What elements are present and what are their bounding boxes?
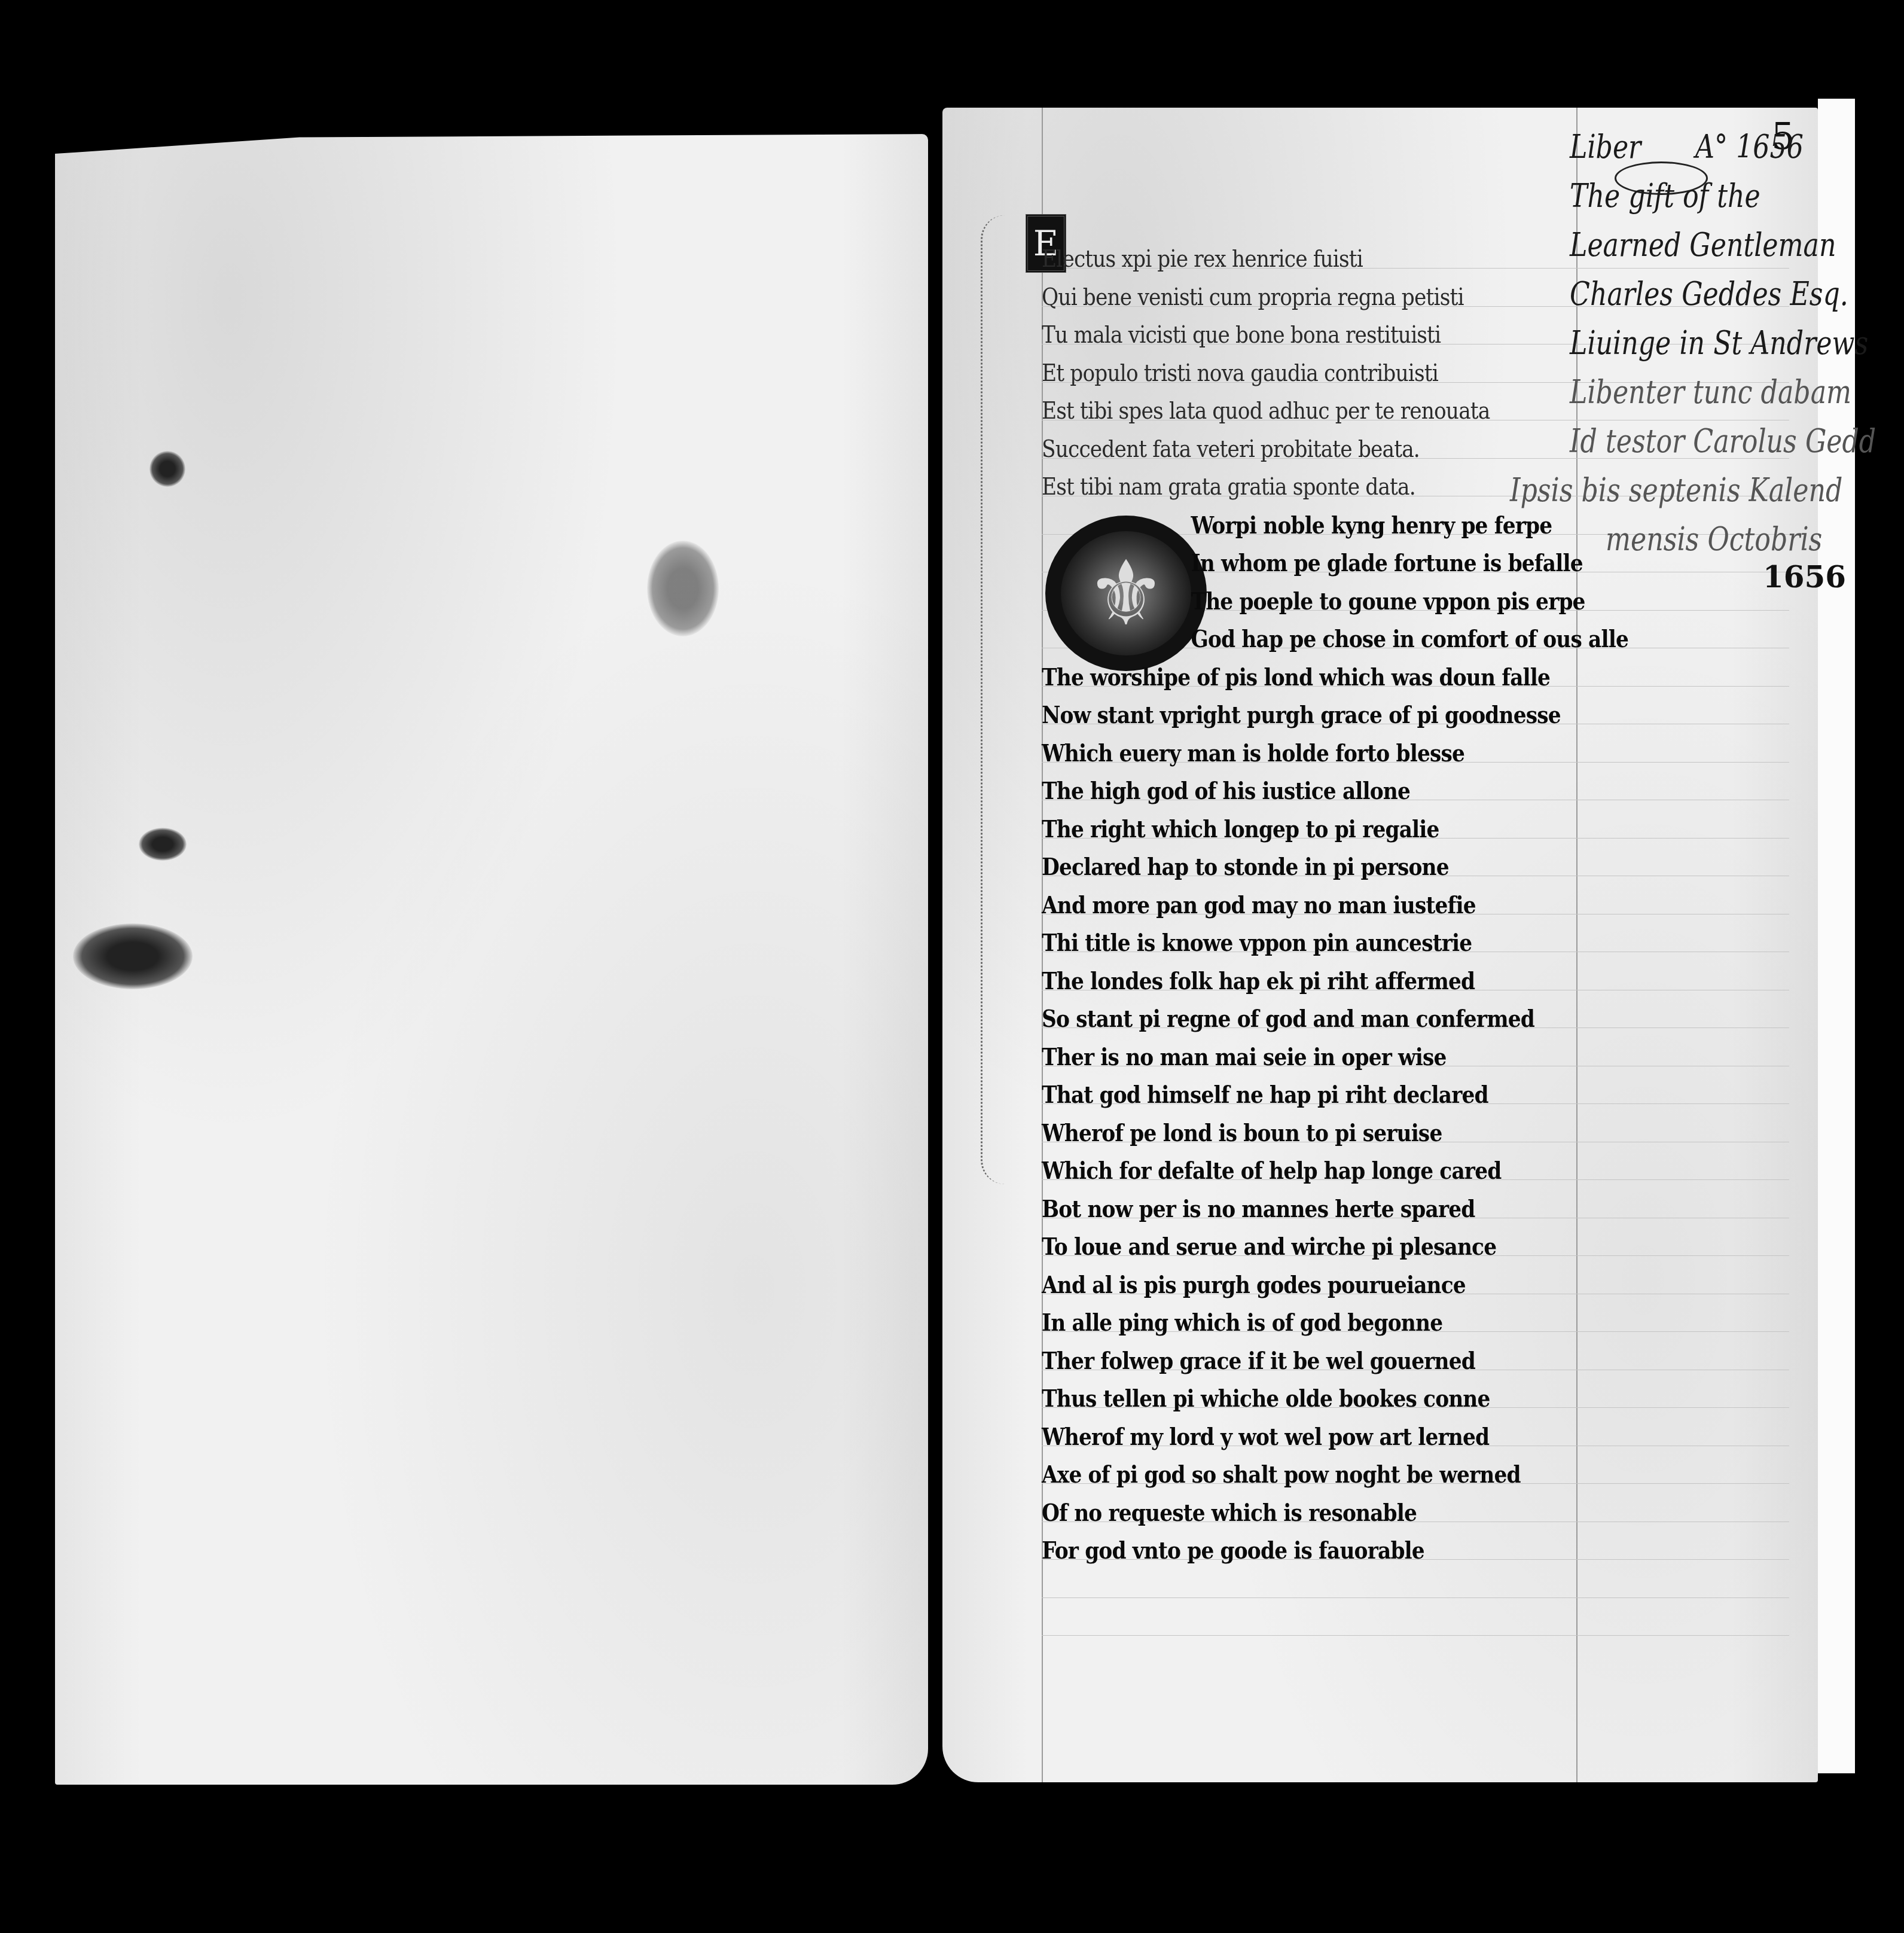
inscription-line: Id testor Carolus Gedd: [1570, 417, 1775, 466]
english-verse-line: Which for defalte of help hap longe care…: [1042, 1152, 1556, 1190]
ink-stain: [149, 451, 185, 487]
latin-verse-line: Succedent fata veteri probitate beata.: [1042, 431, 1556, 469]
english-verse-line: That god himself ne hap pi riht declared: [1042, 1076, 1556, 1114]
latin-verse-line: Et populo tristi nova gaudia contribuist…: [1042, 355, 1556, 393]
inscription-line: mensis Octobris: [1606, 515, 1782, 564]
english-verse-line: Thi title is knowe vppon pin auncestrie: [1042, 924, 1556, 962]
english-verse-line: Thus tellen pi whiche olde bookes conne: [1042, 1380, 1556, 1418]
english-verse-line: Declared hap to stonde in pi persone: [1042, 848, 1556, 886]
inscription-year: A° 1656: [1695, 123, 1798, 172]
english-verse-line: In whom pe glade fortune is befalle: [1042, 544, 1556, 583]
ink-stain: [73, 923, 193, 989]
english-verse-line: Bot now per is no mannes herte spared: [1042, 1190, 1556, 1228]
verse-text-block: Electus xpi pie rex henrice fuisti Qui b…: [1042, 240, 1640, 1570]
marginal-flourish: [981, 215, 1036, 1184]
ink-stain: [139, 828, 187, 861]
english-verse-line: Now stant vpright purgh grace of pi good…: [1042, 696, 1556, 734]
inscription-year-bottom: 1656: [1763, 559, 1846, 594]
ruling-line: [1042, 1597, 1789, 1598]
latin-verse-line: Est tibi nam grata gratia sponte data.: [1042, 468, 1556, 507]
inscription-line: Liuinge in St Andrews: [1570, 319, 1775, 368]
english-verse-line: God hap pe chose in comfort of ous alle: [1042, 620, 1556, 658]
english-verse-line: So stant pi regne of god and man conferm…: [1042, 1000, 1556, 1038]
latin-verse-line: Est tibi spes lata quod adhuc per te ren…: [1042, 392, 1556, 431]
english-verse-line: Ther folwep grace if it be wel gouerned: [1042, 1342, 1556, 1380]
inscription-line: The gift of the: [1570, 172, 1775, 221]
english-verse-line: Which euery man is holde forto blesse: [1042, 734, 1556, 773]
english-verse-line: The londes folk hap ek pi riht affermed: [1042, 962, 1556, 1001]
english-verse-line: For god vnto pe goode is fauorable: [1042, 1532, 1556, 1570]
english-verse-line: And more pan god may no man iustefie: [1042, 886, 1556, 925]
english-verse-line: Ther is no man mai seie in oper wise: [1042, 1038, 1556, 1077]
inscription-line: Learned Gentleman: [1570, 221, 1775, 270]
english-verse-line: The high god of his iustice allone: [1042, 772, 1556, 810]
latin-verse-line: Electus xpi pie rex henrice fuisti: [1042, 240, 1556, 279]
inscription-line: Ipsis bis septenis Kalend: [1510, 466, 1765, 515]
english-verse-line: In alle ping which is of god begonne: [1042, 1304, 1556, 1342]
english-verse-line: The right which longep to pi regalie: [1042, 810, 1556, 849]
left-blank-leaf: [55, 134, 928, 1785]
latin-verse-line: Tu mala vicisti que bone bona restituist…: [1042, 316, 1556, 355]
offset-stain: [647, 541, 719, 636]
ruling-line: [1042, 1635, 1789, 1636]
english-verse-line: The poeple to goune vppon pis erpe: [1042, 583, 1556, 621]
english-verse-line: To loue and serue and wirche pi plesance: [1042, 1228, 1556, 1266]
english-verse-line: Wherof my lord y wot wel pow art lerned: [1042, 1418, 1556, 1456]
english-verse-line: Wherof pe lond is boun to pi seruise: [1042, 1114, 1556, 1153]
latin-verse-line: Qui bene venisti cum propria regna petis…: [1042, 279, 1556, 317]
inscription-line: Charles Geddes Esq.: [1570, 270, 1775, 319]
inscription-line: Libenter tunc dabam: [1570, 368, 1775, 417]
english-verse-line: Axe of pi god so shalt pow noght be wern…: [1042, 1456, 1556, 1494]
english-verse-line: Worpi noble kyng henry pe ferpe: [1042, 507, 1556, 545]
ownership-inscription: Liber A° 1656 The gift of the Learned Ge…: [1570, 123, 1821, 564]
english-verse-line: The worshipe of pis lond which was doun …: [1042, 658, 1556, 697]
english-verse-line: Of no requeste which is resonable: [1042, 1494, 1556, 1532]
english-verse-line: And al is pis purgh godes pourueiance: [1042, 1266, 1556, 1304]
